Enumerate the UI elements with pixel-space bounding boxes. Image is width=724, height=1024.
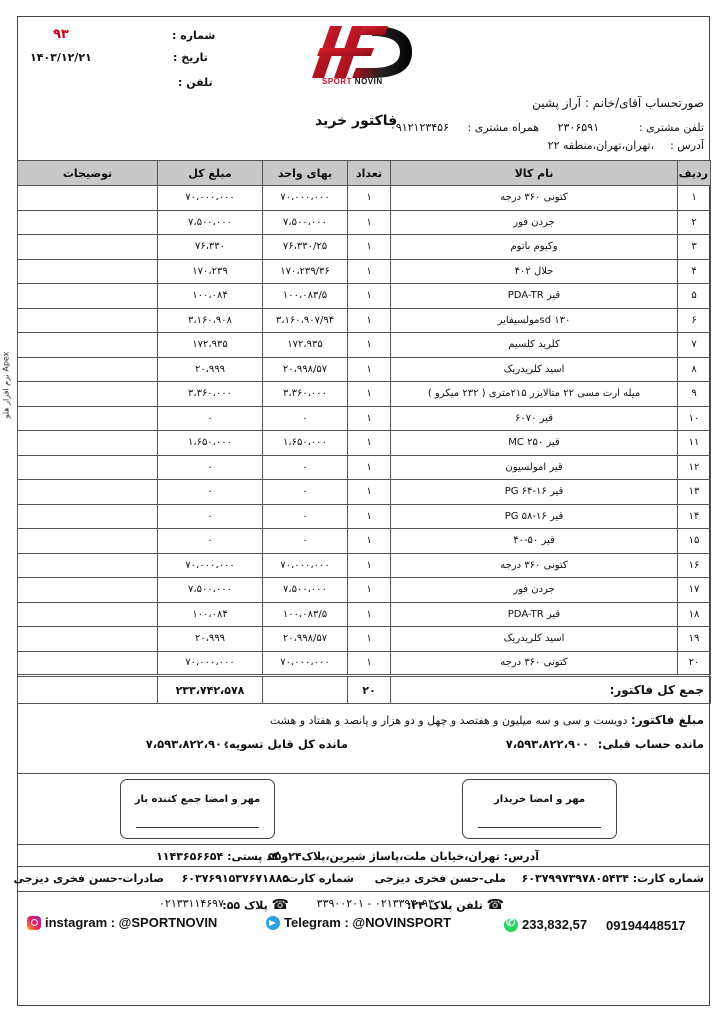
table-row: ۲۰کتونی ۳۶۰ درجه۱۷۰،۰۰۰،۰۰۰۷۰،۰۰۰،۰۰۰ [18, 651, 711, 676]
card1-label: شماره کارت: [633, 872, 704, 885]
item-name: میله ارت مسی ۲۲ متالایزر ۲۱۵متری ( ۲۳۲ م… [391, 382, 678, 407]
line-total: ۷۰،۰۰۰،۰۰۰ [158, 553, 263, 578]
line-total: ۷۰،۰۰۰،۰۰۰ [158, 651, 263, 676]
unit-price: ۰ [263, 455, 348, 480]
line-total: ۷۰،۰۰۰،۰۰۰ [158, 186, 263, 211]
unit-price: ۷۰،۰۰۰،۰۰۰ [263, 651, 348, 676]
item-name: قیر ۵۰-۴۰ [391, 529, 678, 554]
unit-price: ۳،۳۶۰،۰۰۰ [263, 382, 348, 407]
telegram-link[interactable]: Telegram : @NOVINSPORT [266, 915, 451, 930]
customer-phone: ۲۳۰۶۵۹۱ [558, 121, 599, 134]
row-index: ۲۰ [678, 651, 711, 676]
unit-price: ۰ [263, 406, 348, 431]
line-total: ۲۰،۹۹۹ [158, 357, 263, 382]
total-label: جمع کل فاکتور: [391, 676, 711, 704]
item-qty: ۱ [348, 333, 391, 358]
item-note [18, 333, 158, 358]
item-name: کتونی ۳۶۰ درجه [391, 553, 678, 578]
item-name: قیر PDA-TR [391, 602, 678, 627]
divider [17, 773, 710, 774]
unit-price: ۰ [263, 480, 348, 505]
telegram-icon [266, 916, 280, 930]
unit-price: ۳،۱۶۰،۹۰۷/۹۴ [263, 308, 348, 333]
item-note [18, 627, 158, 652]
item-qty: ۱ [348, 308, 391, 333]
signature-line [478, 827, 601, 828]
item-note [18, 602, 158, 627]
divider [17, 866, 710, 867]
table-row: ۶۱۳۰ sdمولسیفایر۱۳،۱۶۰،۹۰۷/۹۴۳،۱۶۰،۹۰۸ [18, 308, 711, 333]
unit-price: ۷،۵۰۰،۰۰۰ [263, 578, 348, 603]
row-index: ۷ [678, 333, 711, 358]
item-name: جردن فور [391, 210, 678, 235]
item-qty: ۱ [348, 210, 391, 235]
total-qty: ۲۰ [348, 676, 391, 704]
software-watermark: نرم افزار هلو Apex [0, 330, 14, 440]
line-total: ۰ [158, 529, 263, 554]
row-index: ۱ [678, 186, 711, 211]
item-note [18, 284, 158, 309]
total-amount: ۲۳۳،۷۴۲،۵۷۸ [158, 676, 263, 704]
item-note [18, 259, 158, 284]
unit-price: ۱۰۰،۰۸۳/۵ [263, 284, 348, 309]
collector-signature-box: مهر و امضا جمع کننده بار [120, 779, 275, 839]
card1-number: ۶۰۳۷۹۹۷۳۹۷۸۰۵۴۳۴ [522, 872, 629, 885]
table-row: ۱۲قیر امولسیون۱۰۰ [18, 455, 711, 480]
table-row: ۱۷جردن فور۱۷،۵۰۰،۰۰۰۷،۵۰۰،۰۰۰ [18, 578, 711, 603]
item-qty: ۱ [348, 651, 391, 676]
item-name: کلرید کلسیم [391, 333, 678, 358]
col-unit-price: بهای واحد [263, 161, 348, 186]
divider [17, 844, 710, 845]
item-name: جردن فور [391, 578, 678, 603]
item-note [18, 578, 158, 603]
line-total: ۰ [158, 455, 263, 480]
row-index: ۱۰ [678, 406, 711, 431]
table-row: ۴حلال ۴۰۲۱۱۷۰،۲۳۹/۳۶۱۷۰،۲۳۹ [18, 259, 711, 284]
line-total: ۱۰۰،۰۸۴ [158, 284, 263, 309]
row-index: ۶ [678, 308, 711, 333]
item-qty: ۱ [348, 382, 391, 407]
amount-in-words: مبلغ فاکتور: دویست و سی و سه میلیون و هف… [270, 713, 704, 727]
item-qty: ۱ [348, 235, 391, 260]
line-total: ۷،۵۰۰،۰۰۰ [158, 210, 263, 235]
unit-price: ۲۰،۹۹۸/۵۷ [263, 357, 348, 382]
item-note [18, 431, 158, 456]
row-index: ۱۶ [678, 553, 711, 578]
col-qty: تعداد [348, 161, 391, 186]
unit-price: ۱۰۰،۰۸۳/۵ [263, 602, 348, 627]
invoice-number: ۹۳ [53, 27, 69, 42]
item-note [18, 504, 158, 529]
item-note [18, 235, 158, 260]
customer-phone-label: تلفن مشتری : [639, 121, 704, 134]
unit-price: ۷،۵۰۰،۰۰۰ [263, 210, 348, 235]
mobile-number: 09194448517 [606, 918, 686, 933]
total-notes-empty [18, 676, 158, 704]
payable-value: ۷،۵۹۳،۸۲۲،۹۰۰ [146, 737, 229, 751]
item-qty: ۱ [348, 406, 391, 431]
item-name: قیر ۶۰۷۰ [391, 406, 678, 431]
item-name: ۱۳۰ sdمولسیفایر [391, 308, 678, 333]
table-row: ۱۸قیر PDA-TR۱۱۰۰،۰۸۳/۵۱۰۰،۰۸۴ [18, 602, 711, 627]
unit-price: ۱،۶۵۰،۰۰۰ [263, 431, 348, 456]
row-index: ۱۹ [678, 627, 711, 652]
item-note [18, 406, 158, 431]
card1-owner: ملی-حسن فخری دیزجی [375, 872, 506, 885]
row-index: ۱۷ [678, 578, 711, 603]
prev-balance-label: مانده حساب قبلی: [598, 737, 704, 751]
row-index: ۱۵ [678, 529, 711, 554]
item-note [18, 529, 158, 554]
collector-signature-label: مهر و امضا جمع کننده بار [121, 794, 274, 805]
table-row: ۱۰قیر ۶۰۷۰۱۰۰ [18, 406, 711, 431]
watermark-text: نرم افزار هلو Apex [2, 352, 11, 419]
item-note [18, 357, 158, 382]
table-row: ۵قیر PDA-TR۱۱۰۰،۰۸۳/۵۱۰۰،۰۸۴ [18, 284, 711, 309]
row-index: ۲ [678, 210, 711, 235]
col-notes: توضیحات [18, 161, 158, 186]
row-index: ۴ [678, 259, 711, 284]
col-total: مبلغ کل [158, 161, 263, 186]
row-index: ۱۳ [678, 480, 711, 505]
item-note [18, 553, 158, 578]
item-qty: ۱ [348, 259, 391, 284]
table-row: ۱کتونی ۳۶۰ درجه۱۷۰،۰۰۰،۰۰۰۷۰،۰۰۰،۰۰۰ [18, 186, 711, 211]
card2-owner: صادرات-حسن فخری دیزجی [13, 872, 164, 885]
item-name: حلال ۴۰۲ [391, 259, 678, 284]
line-total: ۳،۳۶۰،۰۰۰ [158, 382, 263, 407]
table-row: ۸اسید کلریدریک۱۲۰،۹۹۸/۵۷۲۰،۹۹۹ [18, 357, 711, 382]
unit-price: ۷۰،۰۰۰،۰۰۰ [263, 186, 348, 211]
item-qty: ۱ [348, 455, 391, 480]
unit-price: ۰ [263, 504, 348, 529]
unit-price: ۷۶،۳۳۰/۲۵ [263, 235, 348, 260]
col-index: ردیف [678, 161, 711, 186]
line-total: ۰ [158, 406, 263, 431]
unit-price: ۷۰،۰۰۰،۰۰۰ [263, 553, 348, 578]
item-name: قیر PDA-TR [391, 284, 678, 309]
table-row: ۱۱قیر MC ۲۵۰۱۱،۶۵۰،۰۰۰۱،۶۵۰،۰۰۰ [18, 431, 711, 456]
shop-address: آدرس: تهران،خیابان ملت،پاساژ شیرین،پلاک۲… [268, 850, 539, 863]
invoice-date: ۱۴۰۳/۱۲/۲۱ [30, 51, 92, 64]
unit-price: ۱۷۰،۲۳۹/۳۶ [263, 259, 348, 284]
item-qty: ۱ [348, 431, 391, 456]
item-name: قیر PG ۵۸-۱۶ [391, 504, 678, 529]
line-total: ۱۷۲،۹۳۵ [158, 333, 263, 358]
logo-wordmark: SPORT NOVIN [322, 77, 383, 86]
buyer-signature-box: مهر و امضا خریدار [462, 779, 617, 839]
item-qty: ۱ [348, 553, 391, 578]
item-name: قیر PG ۶۴-۱۶ [391, 480, 678, 505]
customer-name: صورتحساب آقای/خانم : آراز پشین [532, 96, 704, 110]
item-name: کتونی ۳۶۰ درجه [391, 186, 678, 211]
item-qty: ۱ [348, 578, 391, 603]
line-total: ۱۰۰،۰۸۴ [158, 602, 263, 627]
table-row: ۹میله ارت مسی ۲۲ متالایزر ۲۱۵متری ( ۲۳۲ … [18, 382, 711, 407]
row-index: ۹ [678, 382, 711, 407]
item-name: اسید کلریدریک [391, 357, 678, 382]
line-total: ۱۷۰،۲۳۹ [158, 259, 263, 284]
item-qty: ۱ [348, 284, 391, 309]
table-row: ۱۴قیر PG ۵۸-۱۶۱۰۰ [18, 504, 711, 529]
item-note [18, 651, 158, 676]
table-row: ۲جردن فور۱۷،۵۰۰،۰۰۰۷،۵۰۰،۰۰۰ [18, 210, 711, 235]
row-index: ۳ [678, 235, 711, 260]
item-qty: ۱ [348, 186, 391, 211]
number-label: شماره : [172, 29, 215, 42]
customer-mobile: ۰۹۱۲۱۲۳۴۵۶ [390, 121, 449, 134]
item-note [18, 186, 158, 211]
table-row: ۱۳قیر PG ۶۴-۱۶۱۰۰ [18, 480, 711, 505]
row-index: ۸ [678, 357, 711, 382]
total-unit-empty [263, 676, 348, 704]
amount-words-value: دویست و سی و سه میلیون و هفتصد و چهل و د… [270, 714, 628, 727]
payable-label: مانده کل قابل تسویه: [224, 737, 348, 751]
signature-line [136, 827, 259, 828]
item-qty: ۱ [348, 602, 391, 627]
item-qty: ۱ [348, 357, 391, 382]
line-total: ۷،۵۰۰،۰۰۰ [158, 578, 263, 603]
amount-words-label: مبلغ فاکتور: [631, 713, 704, 727]
item-note [18, 455, 158, 480]
unit-price: ۰ [263, 529, 348, 554]
line-total: ۳،۱۶۰،۹۰۸ [158, 308, 263, 333]
phone55-row: ☎ پلاک ۵۵: [222, 897, 289, 913]
item-note [18, 308, 158, 333]
line-total: ۱،۶۵۰،۰۰۰ [158, 431, 263, 456]
item-qty: ۱ [348, 627, 391, 652]
item-name: کتونی ۳۶۰ درجه [391, 651, 678, 676]
item-qty: ۱ [348, 529, 391, 554]
line-total: ۰ [158, 480, 263, 505]
table-row: ۳وکیوم باتوم۱۷۶،۳۳۰/۲۵۷۶،۳۳۰ [18, 235, 711, 260]
unit-price: ۲۰،۹۹۸/۵۷ [263, 627, 348, 652]
item-qty: ۱ [348, 504, 391, 529]
customer-address: ،تهران،تهران،منطقه ۲۲ [548, 139, 654, 152]
item-name: اسید کلریدریک [391, 627, 678, 652]
item-name: قیر MC ۲۵۰ [391, 431, 678, 456]
item-note [18, 382, 158, 407]
line-total: ۷۶،۳۳۰ [158, 235, 263, 260]
address-label: آدرس : [670, 139, 704, 152]
telephone-icon: ☎ [272, 897, 289, 913]
divider [17, 891, 710, 892]
row-index: ۱۸ [678, 602, 711, 627]
phone-label: تلفن : [178, 76, 213, 89]
item-note [18, 480, 158, 505]
document-title: فاکتور خرید [315, 113, 397, 129]
buyer-signature-label: مهر و امضا خریدار [463, 794, 616, 805]
total-row: جمع کل فاکتور: ۲۰ ۲۳۳،۷۴۲،۵۷۸ [18, 676, 711, 704]
item-name: وکیوم باتوم [391, 235, 678, 260]
phone55-number: ۰۲۱۳۳۱۱۴۶۹۷ [159, 897, 224, 910]
phone24-numbers: ۰۲۱۳۳۹۳۰۹۳ - ۳۳۹۰۰۲۰۱ [317, 897, 434, 910]
instagram-icon [27, 916, 41, 930]
table-row: ۷کلرید کلسیم۱۱۷۲،۹۳۵۱۷۲،۹۳۵ [18, 333, 711, 358]
row-index: ۵ [678, 284, 711, 309]
date-label: تاریخ : [173, 51, 208, 64]
card2-number: ۶۰۳۷۶۹۱۵۳۷۶۷۱۸۸۵ [182, 872, 289, 885]
prev-balance-value: ۷،۵۹۳،۸۲۲،۹۰۰ [506, 737, 589, 751]
item-note [18, 210, 158, 235]
row-index: ۱۲ [678, 455, 711, 480]
postal-code: کد پستی: ۱۱۴۳۶۵۶۶۵۴ [156, 850, 279, 863]
whatsapp-icon [504, 918, 518, 932]
customer-mobile-label: همراه مشتری : [468, 121, 539, 134]
whatsapp-contact[interactable]: 233,832,57 [504, 917, 587, 932]
table-row: ۱۵قیر ۵۰-۴۰۱۰۰ [18, 529, 711, 554]
table-header: ردیف نام کالا تعداد بهای واحد مبلغ کل تو… [18, 161, 711, 186]
table-row: ۱۶کتونی ۳۶۰ درجه۱۷۰،۰۰۰،۰۰۰۷۰،۰۰۰،۰۰۰ [18, 553, 711, 578]
unit-price: ۱۷۲،۹۳۵ [263, 333, 348, 358]
row-index: ۱۴ [678, 504, 711, 529]
card2-label: شماره کارت: [283, 872, 354, 885]
row-index: ۱۱ [678, 431, 711, 456]
table-row: ۱۹اسید کلریدریک۱۲۰،۹۹۸/۵۷۲۰،۹۹۹ [18, 627, 711, 652]
item-qty: ۱ [348, 480, 391, 505]
instagram-link[interactable]: instagram : @SPORTNOVIN [27, 915, 217, 930]
col-item-name: نام کالا [391, 161, 678, 186]
line-total: ۰ [158, 504, 263, 529]
telephone-icon: ☎ [487, 897, 504, 913]
item-name: قیر امولسیون [391, 455, 678, 480]
items-table: ردیف نام کالا تعداد بهای واحد مبلغ کل تو… [17, 160, 711, 704]
line-total: ۲۰،۹۹۹ [158, 627, 263, 652]
